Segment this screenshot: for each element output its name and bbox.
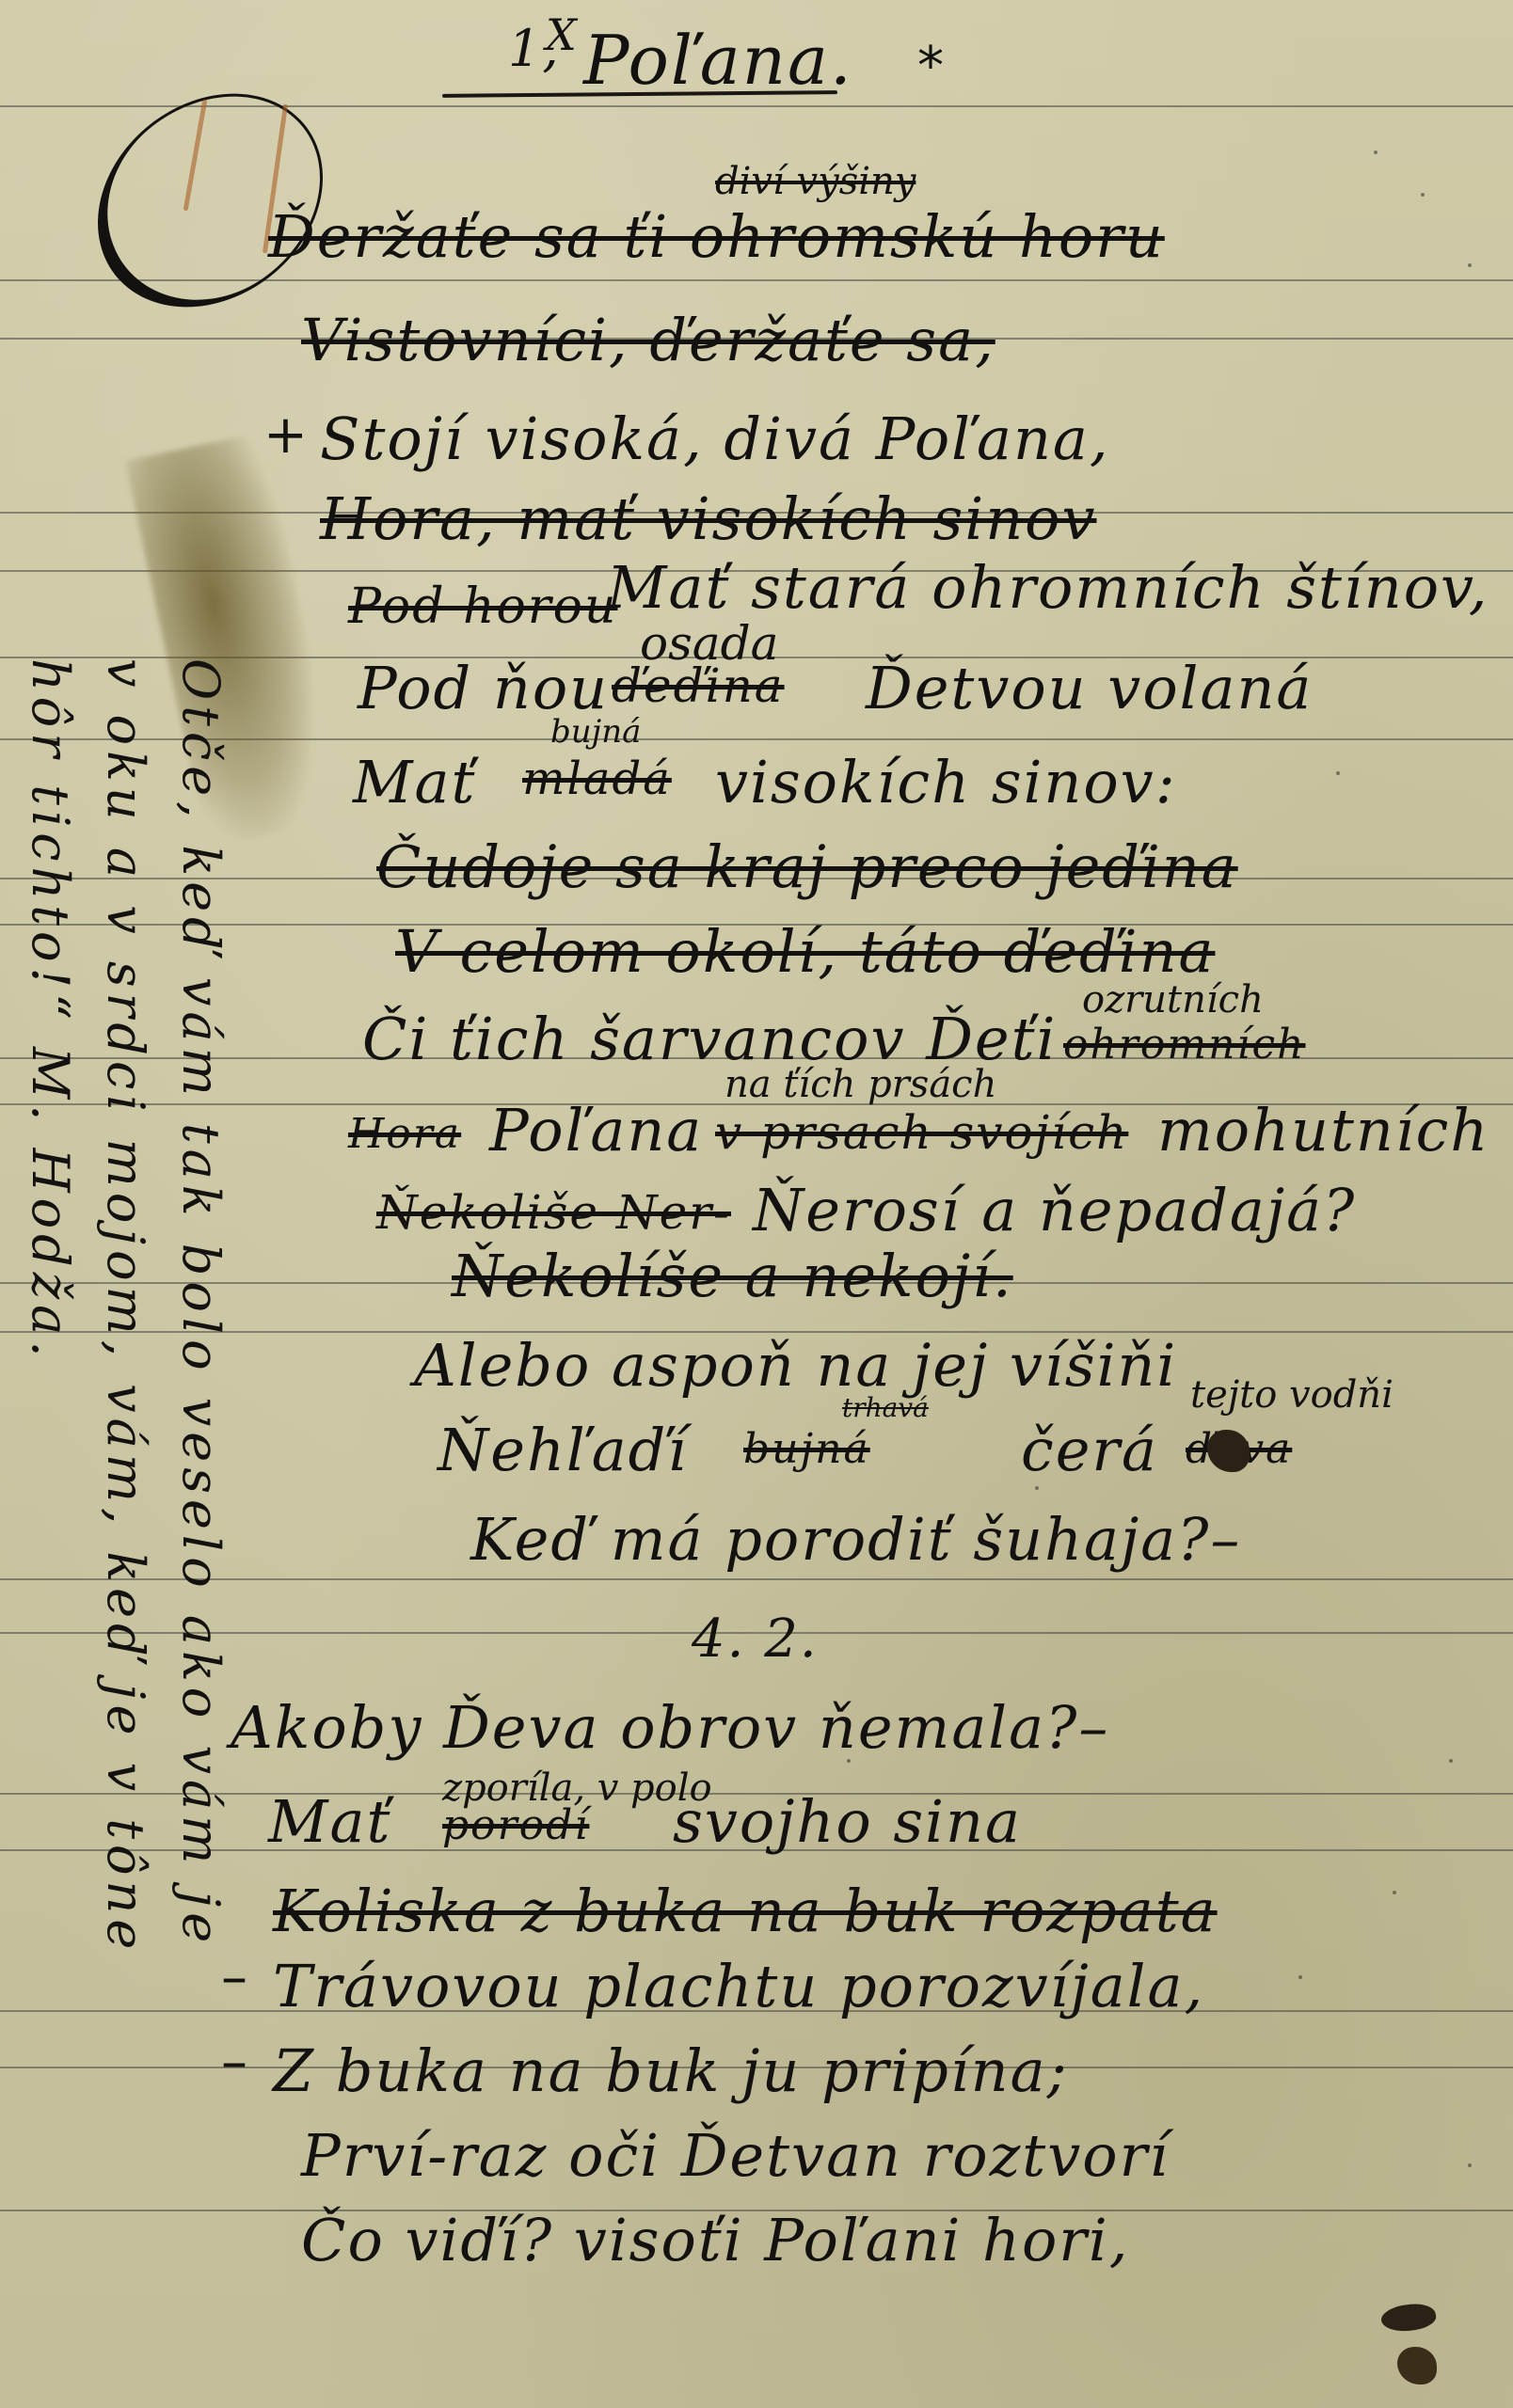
struck-phrase: bujná [743,1425,870,1473]
dash-marker: – [221,1947,247,2008]
struck-phrase: Pod horou [348,578,617,635]
paper-speck [1336,771,1340,775]
interlinear-insertion: tejto vodňi [1190,1373,1394,1417]
manuscript-line-struck: Koliska z buka na buk rozpata [273,1877,1218,1945]
asterisk-mark: * [917,36,944,97]
manuscript-line-struck: Ňekolíše a nekojí. [452,1242,1013,1310]
manuscript-line: Stojí visoká, divá Poľana, [320,404,1110,473]
manuscript-line-struck: Čudoje sa kraj preco jeďina [376,832,1238,901]
interlinear-insertion: diví výšiny [715,160,916,203]
struck-phrase: mladá [522,752,672,805]
manuscript-line: Ňerosí a ňepadajá? [753,1176,1356,1244]
manuscript-line: Mať stará ohromních štínov, [607,553,1489,622]
manuscript-line: Ňehľaďí [438,1416,688,1484]
manuscript-line: Poľana [489,1096,703,1164]
paper-speck [1421,193,1425,197]
interlinear-insertion: ozrutních [1082,978,1264,1022]
manuscript-line: Čo viďí? visoťi Poľani hori, [301,2206,1129,2274]
interlinear-insertion: na ťích prsách [725,1063,996,1106]
manuscript-line-struck: Vistovníci, ďeržaťe sa, [301,306,995,374]
paper-speck [1374,150,1378,154]
struck-phrase: ďeďina [612,658,785,713]
manuscript-line-continuation: Ďetvou volaná [866,654,1313,722]
title-struck-prefix: X [546,9,579,60]
paper-speck [1393,1891,1396,1894]
margin-note-column-1: Otče, keď vám tak bolo veselo ako vám je [171,658,231,1948]
manuscript-line-struck: V celom okolí, táto ďeďina [395,917,1215,986]
manuscript-line-struck: Ďeržaťe sa ťi ohromskú horu [268,202,1165,271]
manuscript-line-continuation: čerá [1021,1416,1158,1484]
paper-speck [1298,1975,1302,1979]
page-title: Poľana. [583,21,853,100]
interlinear-insertion: bujná [550,713,641,751]
manuscript-line-continuation: svojho sina [673,1787,1022,1856]
manuscript-line: Z buka na buk ju pripína; [273,2036,1068,2105]
manuscript-line: Trávovou plachtu porozvíjala, [273,1952,1204,2020]
paper-speck [1468,263,1472,267]
margin-note-column-3: hôr tichto!“ M. Hodža. [21,658,80,1363]
manuscript-page: 1, X Poľana. * diví výšiny Ďeržaťe sa ťi… [0,0,1513,2408]
struck-phrase: ohromních [1063,1021,1305,1069]
manuscript-line-continuation: visokích sinov: [715,748,1177,816]
struck-phrase: Ňekoliše Ner- [376,1185,731,1240]
manuscript-line: Mať [353,748,476,816]
manuscript-line-struck: Hora, mať visokích sinov [320,484,1096,553]
paper-speck [1035,1486,1039,1490]
ink-blot [1397,2347,1437,2384]
manuscript-line: Mať [268,1787,391,1856]
paper-speck [1449,1759,1453,1763]
dash-marker: – [221,2032,247,2093]
manuscript-line: Akoby Ďeva obrov ňemala?– [231,1693,1109,1762]
section-mark: 4. 2. [692,1608,819,1670]
ink-smudge [125,432,345,848]
struck-phrase: porodí [442,1801,589,1849]
manuscript-line: Keď má porodiť šuhaja?– [470,1505,1241,1574]
interlinear-insertion: trhavá [842,1392,929,1423]
manuscript-line: Prví-raz oči Ďetvan roztvorí [301,2121,1170,2190]
insertion-marker: + [263,404,308,466]
paper-speck [1468,2163,1472,2167]
struck-phrase: v prsach svojích [715,1105,1128,1160]
struck-phrase: Hora [348,1110,461,1158]
manuscript-line-continuation: mohutních [1157,1096,1489,1164]
manuscript-line: Alebo aspoň na jej víšiňi [414,1331,1177,1400]
margin-note-column-2: v oku a v srdci mojom, vám, keď je v tôn… [96,658,155,1955]
ink-blot [1379,2300,1438,2336]
